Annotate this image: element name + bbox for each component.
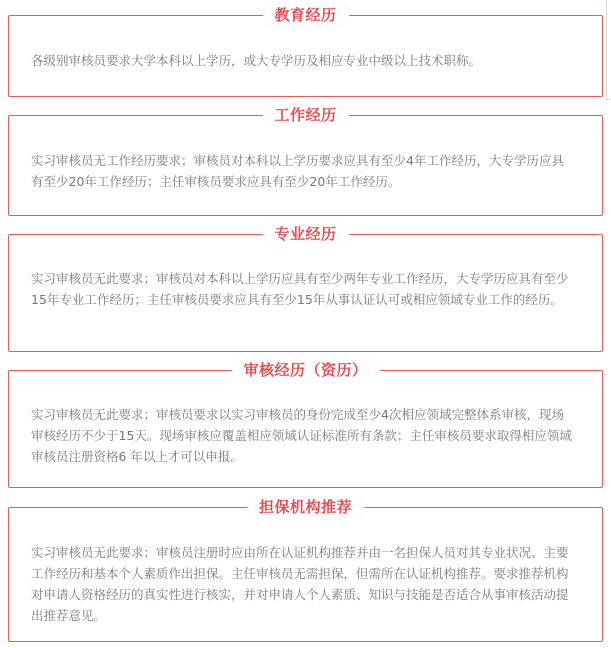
- section-body: 实习审核员无工作经历要求；审核员对本科以上学历要求应具有至少4年工作经历，大专学…: [31, 150, 574, 192]
- section-body: 实习审核员无此要求；审核员注册时应由所在认证机构推荐并由一名担保人员对其专业状况…: [31, 542, 574, 626]
- section-title: 工作经历: [262, 104, 348, 126]
- section-guarantee: 担保机构推荐 实习审核员无此要求；审核员注册时应由所在认证机构推荐并由一名担保人…: [8, 507, 603, 642]
- scrollbar-edge: [606, 0, 610, 100]
- section-education: 教育经历 各级别审核员要求大学本科以上学历，或大专学历及相应专业中级以上技术职称…: [8, 15, 603, 97]
- section-title: 审核经历（资历）: [231, 359, 379, 381]
- section-title: 专业经历: [262, 223, 348, 245]
- section-title: 教育经历: [262, 4, 348, 26]
- section-body: 各级别审核员要求大学本科以上学历，或大专学历及相应专业中级以上技术职称。: [31, 50, 574, 71]
- section-body: 实习审核员无此要求；审核员要求以实习审核员的身份完成至少4次相应领域完整体系审核…: [31, 404, 574, 467]
- section-work: 工作经历 实习审核员无工作经历要求；审核员对本科以上学历要求应具有至少4年工作经…: [8, 115, 603, 216]
- section-audit: 审核经历（资历） 实习审核员无此要求；审核员要求以实习审核员的身份完成至少4次相…: [8, 370, 603, 488]
- section-professional: 专业经历 实习审核员无此要求；审核员对本科以上学历应具有至少两年专业工作经历，大…: [8, 234, 603, 352]
- section-title: 担保机构推荐: [247, 496, 364, 518]
- section-body: 实习审核员无此要求；审核员对本科以上学历应具有至少两年专业工作经历，大专学历应具…: [31, 268, 574, 310]
